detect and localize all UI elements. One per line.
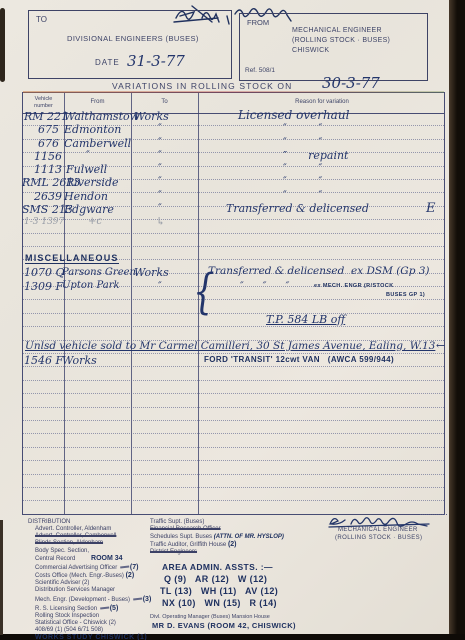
- list-item: District Engineers: [150, 549, 284, 556]
- list-item: Body Spec. Section,: [28, 548, 151, 555]
- misc-reason-ditto: ″ ″ ″: [240, 281, 289, 292]
- misc-from: Parsons Green: [62, 267, 136, 278]
- pencil-to: ↳: [156, 215, 165, 228]
- entry-flag: E: [426, 201, 436, 216]
- list-item: Advert. Controller, Camberwell: [28, 533, 151, 540]
- attn-annotation: (ATTN. OF MR. HYSLOP): [214, 534, 284, 540]
- list-item: Blinds Section, Aldenham: [28, 540, 151, 547]
- scan-edge-strip: [0, 520, 3, 635]
- entry-reason: ″ repaint: [283, 149, 348, 162]
- traffic-list: Traffic Supt. (Buses) Financial Research…: [150, 519, 284, 556]
- entry-reason: ″ ″: [283, 163, 322, 174]
- scan-edge-right: [449, 0, 465, 640]
- entry-to: ″: [158, 190, 162, 201]
- entry-reason: ″ ″: [283, 190, 322, 201]
- misc-vehicle: 1070 Q: [24, 266, 65, 279]
- scanned-form-page: TO DIVISIONAL ENGINEERS (BUSES) DATE 31-…: [0, 0, 465, 640]
- to-value: DIVISIONAL ENGINEERS (BUSES): [67, 34, 199, 43]
- sold-vehicle: 1546 F: [24, 354, 63, 367]
- scratched-out-mark: [120, 561, 130, 568]
- pencil-from: +c: [88, 216, 102, 227]
- list-item: Traffic Supt. (Buses): [150, 519, 284, 526]
- col-header-from: From: [64, 99, 131, 105]
- from-label: FROM: [247, 18, 269, 27]
- col-header-to: To: [131, 99, 198, 105]
- entry-from: Camberwell: [64, 137, 131, 150]
- list-item: Central Record ROOM 34: [28, 555, 151, 563]
- sold-from: Works: [62, 354, 97, 367]
- from-line2: (ROLLING STOCK · BUSES): [292, 37, 390, 44]
- to-box: TO DIVISIONAL ENGINEERS (BUSES) DATE 31-…: [28, 10, 232, 79]
- signature-title2: (ROLLING STOCK · BUSES): [335, 535, 422, 541]
- entry-from: Edgware: [64, 203, 114, 216]
- misc-reason: Transferred & delicensed ex DSM (Gp 3): [208, 265, 430, 277]
- entry-to: ″: [158, 123, 162, 134]
- list-item: Costs Office (Mech. Engr.-Buses) (2): [28, 572, 151, 580]
- entry-from: Hendon: [64, 190, 108, 203]
- date-handwritten: 31-3-77: [127, 52, 185, 70]
- entry-vehicle: 675: [38, 123, 59, 136]
- bracket-mark: {: [193, 264, 215, 320]
- area-admin-line3: NX (10) WN (15) R (14): [162, 598, 277, 608]
- entry-from: Riverside: [66, 176, 119, 189]
- entry-to: ″: [158, 176, 162, 187]
- list-item: Schedules Supt. Buses (ATTN. OF MR. HYSL…: [150, 534, 284, 541]
- from-box: FROM MECHANICAL ENGINEER (ROLLING STOCK …: [239, 13, 428, 81]
- entry-reason: ″ ″: [283, 123, 322, 134]
- date-label: DATE: [95, 58, 120, 67]
- sold-reason: FORD 'TRANSIT' 12cwt VAN (AWCA 599/944): [204, 355, 394, 364]
- entry-from: ″: [86, 150, 90, 161]
- col-header-vehicle2: number: [23, 103, 64, 109]
- list-item: Financial Research Officer: [150, 526, 284, 533]
- distribution-list: DISTRIBUTION Advert. Controller, Aldenha…: [28, 519, 151, 640]
- misc-reason-note1: ex MECH. ENGR (R/STOCK: [314, 283, 394, 289]
- list-item: Commercial Advertising Officer (7): [28, 563, 151, 572]
- list-item: 408/69 (1) (504 6/71 508): [28, 627, 151, 634]
- entry-to: ″: [158, 163, 162, 174]
- entry-reason: ″ ″: [283, 176, 322, 187]
- sold-arrow: ←: [436, 339, 445, 352]
- list-item: Advert. Controller, Aldenham: [28, 526, 151, 533]
- operating-manager-handwritten: MR D. EVANS (ROOM 42, CHISWICK): [152, 621, 296, 630]
- col-header-reason: Reason for variation: [198, 99, 446, 105]
- from-line1: MECHANICAL ENGINEER: [292, 27, 382, 34]
- misc-to: Works: [134, 266, 169, 279]
- to-label: TO: [36, 15, 47, 24]
- form-title-date: 30-3-77: [322, 74, 380, 92]
- entry-reason: Licensed overhaul: [238, 108, 349, 122]
- misc-vehicle: 1309 F: [24, 280, 63, 293]
- entry-to: ″: [158, 203, 162, 214]
- area-admin-line1: Q (9) AR (12) W (12): [164, 574, 267, 584]
- from-line3: CHISWICK: [292, 47, 329, 54]
- scan-edge-blob: [0, 8, 5, 82]
- room-annotation: ROOM 34: [91, 555, 123, 562]
- area-admin-heading: AREA ADMIN. ASSTS. :—: [162, 562, 273, 572]
- entry-vehicle: 676: [38, 137, 59, 150]
- list-item: R. S. Licensing Section (5): [28, 604, 151, 613]
- misc-reason-note2: BUSES GP 1): [386, 292, 425, 298]
- entry-to: ″: [158, 150, 162, 161]
- entry-vehicle: 1113: [34, 163, 62, 176]
- entry-to: ″: [158, 137, 162, 148]
- scratched-out-mark: [132, 593, 142, 600]
- ref-number: Ref. 508/1: [245, 67, 275, 74]
- misc-from: Upton Park: [62, 280, 120, 291]
- col-header-vehicle: Vehicle: [23, 96, 64, 102]
- scratched-out-mark: [99, 602, 109, 609]
- signature-title1: MECHANICAL ENGINEER: [338, 527, 418, 533]
- entry-from: Fulwell: [66, 163, 107, 176]
- entry-vehicle: 2639: [34, 190, 62, 203]
- entry-vehicle: 1156: [34, 150, 62, 163]
- entry-from: Edmonton: [64, 123, 121, 136]
- works-study-annotation: WORKS STUDY CHISWICK (1): [28, 634, 151, 640]
- distribution-heading: DISTRIBUTION: [28, 519, 151, 526]
- area-admin-line2: TL (13) WH (11) AV (12): [160, 586, 278, 596]
- entry-vehicle: RM 221: [24, 110, 68, 123]
- entry-from: Walthamstow: [64, 110, 139, 123]
- entry-to: Works: [134, 110, 169, 123]
- list-item: Mech. Engr. (Development - Buses) (3): [28, 595, 151, 604]
- form-title: VARIATIONS IN ROLLING STOCK ON: [112, 81, 292, 91]
- entry-reason: Transferred & delicensed: [226, 202, 369, 215]
- tp-line: T.P. 584 LB off: [266, 313, 345, 326]
- misc-to: ″: [158, 281, 162, 292]
- list-item: Statistical Office - Chiswick (2): [28, 620, 151, 627]
- operating-manager-printed: Divl. Operating Manager (Buses) Mansion …: [150, 614, 270, 620]
- list-item: Traffic Auditor, Griffith House (2): [150, 541, 284, 549]
- pencil-vehicle: 1-3 1397: [24, 217, 64, 227]
- sold-line: Unlsd vehicle sold to Mr Carmel Camiller…: [25, 340, 435, 352]
- entry-reason: ″ ″: [283, 137, 322, 148]
- misc-heading: MISCELLANEOUS: [25, 253, 119, 264]
- dotted-leader: [420, 514, 447, 515]
- list-item: Scientific Adviser (2): [28, 580, 151, 587]
- list-item: Rolling Stock Inspection: [28, 613, 151, 620]
